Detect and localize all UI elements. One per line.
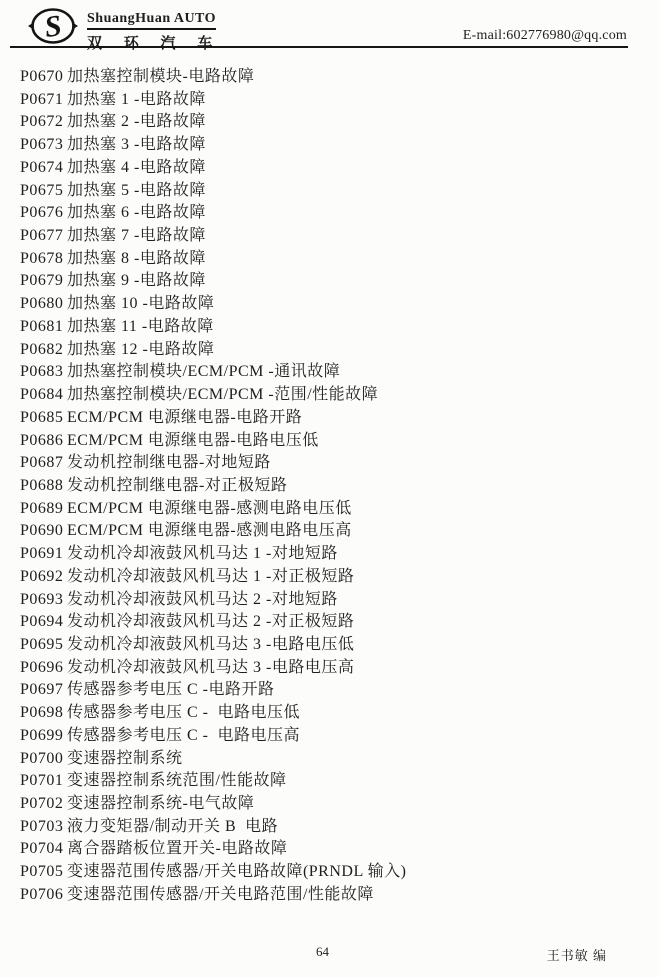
dtc-code: P0686 [20, 430, 67, 453]
dtc-code: P0672 [20, 111, 67, 134]
dtc-code: P0671 [20, 89, 67, 112]
dtc-desc: 加热塞 12 -电路故障 [67, 341, 214, 358]
dtc-code: P0675 [20, 180, 67, 203]
shuanghuan-logo-icon: S [27, 6, 79, 51]
dtc-code: P0703 [20, 816, 67, 839]
dtc-row: P0701变速器控制系统范围/性能故障 [20, 770, 650, 793]
dtc-desc: 离合器踏板位置开关-电路故障 [67, 840, 287, 857]
dtc-code: P0700 [20, 748, 67, 771]
dtc-row: P0677加热塞 7 -电路故障 [20, 225, 650, 248]
dtc-code: P0670 [20, 66, 67, 89]
dtc-row: P0688发动机控制继电器-对正极短路 [20, 475, 650, 498]
dtc-desc: 加热塞 2 -电路故障 [67, 113, 206, 130]
dtc-desc: 加热塞 10 -电路故障 [67, 295, 214, 312]
dtc-row: P0702变速器控制系统-电气故障 [20, 793, 650, 816]
dtc-desc: 传感器参考电压 C -电路开路 [67, 681, 275, 698]
dtc-code: P0705 [20, 861, 67, 884]
dtc-desc: 加热塞控制模块-电路故障 [67, 68, 254, 85]
dtc-row: P0692发动机冷却液鼓风机马达 1 -对正极短路 [20, 566, 650, 589]
dtc-row: P0674加热塞 4 -电路故障 [20, 157, 650, 180]
dtc-row: P0695发动机冷却液鼓风机马达 3 -电路电压低 [20, 634, 650, 657]
dtc-desc: 变速器范围传感器/开关电路故障(PRNDL 输入) [67, 863, 406, 880]
dtc-row: P0681加热塞 11 -电路故障 [20, 316, 650, 339]
dtc-code: P0688 [20, 475, 67, 498]
dtc-code: P0673 [20, 134, 67, 157]
dtc-desc: 发动机冷却液鼓风机马达 3 -电路电压低 [67, 636, 354, 653]
dtc-code: P0680 [20, 293, 67, 316]
dtc-row: P0673加热塞 3 -电路故障 [20, 134, 650, 157]
dtc-desc: 加热塞控制模块/ECM/PCM -范围/性能故障 [67, 386, 378, 403]
brand-name-en: ShuangHuan AUTO [87, 11, 216, 30]
dtc-row: P0689ECM/PCM 电源继电器-感测电路电压低 [20, 498, 650, 521]
dtc-desc: 加热塞 4 -电路故障 [67, 159, 206, 176]
dtc-desc: 加热塞 7 -电路故障 [67, 227, 206, 244]
dtc-code: P0685 [20, 407, 67, 430]
dtc-code: P0698 [20, 702, 67, 725]
header-divider [10, 46, 628, 48]
dtc-row: P0700变速器控制系统 [20, 748, 650, 771]
dtc-desc: 加热塞 8 -电路故障 [67, 250, 206, 267]
dtc-code: P0683 [20, 361, 67, 384]
dtc-desc: 变速器控制系统 [67, 750, 183, 767]
dtc-desc: 发动机控制继电器-对正极短路 [67, 477, 287, 494]
dtc-row: P0675加热塞 5 -电路故障 [20, 180, 650, 203]
dtc-code: P0689 [20, 498, 67, 521]
dtc-row: P0676加热塞 6 -电路故障 [20, 202, 650, 225]
brand-name-cn: 双 环 汽 车 [87, 32, 187, 53]
dtc-row: P0679加热塞 9 -电路故障 [20, 270, 650, 293]
page-number: 64 [316, 944, 329, 960]
dtc-row: P0682加热塞 12 -电路故障 [20, 339, 650, 362]
dtc-desc: ECM/PCM 电源继电器-感测电路电压低 [67, 500, 352, 517]
dtc-desc: ECM/PCM 电源继电器-电路电压低 [67, 432, 319, 449]
dtc-row: P0680加热塞 10 -电路故障 [20, 293, 650, 316]
dtc-desc: 发动机冷却液鼓风机马达 1 -对地短路 [67, 545, 338, 562]
dtc-desc: ECM/PCM 电源继电器-感测电路电压高 [67, 522, 352, 539]
dtc-desc: 加热塞 11 -电路故障 [67, 318, 214, 335]
dtc-desc: 发动机冷却液鼓风机马达 1 -对正极短路 [67, 568, 354, 585]
dtc-desc: 变速器控制系统-电气故障 [67, 795, 254, 812]
contact-email: E-mail:602776980@qq.com [463, 28, 627, 44]
dtc-desc: ECM/PCM 电源继电器-电路开路 [67, 409, 302, 426]
dtc-code: P0677 [20, 225, 67, 248]
dtc-code: P0679 [20, 270, 67, 293]
dtc-code: P0706 [20, 884, 67, 907]
dtc-row: P0703液力变矩器/制动开关 B 电路 [20, 816, 650, 839]
dtc-desc: 加热塞 6 -电路故障 [67, 204, 206, 221]
dtc-row: P0696发动机冷却液鼓风机马达 3 -电路电压高 [20, 657, 650, 680]
dtc-code: P0674 [20, 157, 67, 180]
dtc-row: P0685ECM/PCM 电源继电器-电路开路 [20, 407, 650, 430]
dtc-row: P0697传感器参考电压 C -电路开路 [20, 679, 650, 702]
dtc-desc: 变速器范围传感器/开关电路范围/性能故障 [67, 886, 374, 903]
dtc-row: P0698传感器参考电压 C - 电路电压低 [20, 702, 650, 725]
dtc-row: P0693发动机冷却液鼓风机马达 2 -对地短路 [20, 589, 650, 612]
dtc-code: P0699 [20, 725, 67, 748]
dtc-code: P0678 [20, 248, 67, 271]
dtc-code: P0697 [20, 679, 67, 702]
dtc-desc: 加热塞 3 -电路故障 [67, 136, 206, 153]
dtc-code: P0692 [20, 566, 67, 589]
dtc-code: P0695 [20, 634, 67, 657]
dtc-row: P0672加热塞 2 -电路故障 [20, 111, 650, 134]
dtc-row: P0671加热塞 1 -电路故障 [20, 89, 650, 112]
dtc-code: P0701 [20, 770, 67, 793]
dtc-code: P0696 [20, 657, 67, 680]
svg-text:S: S [43, 9, 64, 44]
dtc-code: P0687 [20, 452, 67, 475]
dtc-desc: 发动机冷却液鼓风机马达 3 -电路电压高 [67, 659, 354, 676]
dtc-code: P0691 [20, 543, 67, 566]
dtc-row: P0678加热塞 8 -电路故障 [20, 248, 650, 271]
dtc-row: P0687发动机控制继电器-对地短路 [20, 452, 650, 475]
dtc-code-list: P0670加热塞控制模块-电路故障 P0671加热塞 1 -电路故障 P0672… [20, 66, 650, 907]
dtc-row: P0699传感器参考电压 C - 电路电压高 [20, 725, 650, 748]
page-header: S ShuangHuan AUTO 双 环 汽 车 E-mail:6027769… [0, 0, 660, 47]
dtc-desc: 发动机冷却液鼓风机马达 2 -对地短路 [67, 591, 338, 608]
dtc-code: P0702 [20, 793, 67, 816]
dtc-desc: 加热塞控制模块/ECM/PCM -通讯故障 [67, 363, 340, 380]
dtc-desc: 加热塞 1 -电路故障 [67, 91, 206, 108]
dtc-row: P0706变速器范围传感器/开关电路范围/性能故障 [20, 884, 650, 907]
dtc-row: P0705变速器范围传感器/开关电路故障(PRNDL 输入) [20, 861, 650, 884]
dtc-row: P0686ECM/PCM 电源继电器-电路电压低 [20, 430, 650, 453]
dtc-desc: 加热塞 5 -电路故障 [67, 182, 206, 199]
dtc-desc: 传感器参考电压 C - 电路电压高 [67, 727, 300, 744]
dtc-row: P0684加热塞控制模块/ECM/PCM -范围/性能故障 [20, 384, 650, 407]
dtc-desc: 发动机控制继电器-对地短路 [67, 454, 271, 471]
dtc-row: P0704离合器踏板位置开关-电路故障 [20, 838, 650, 861]
dtc-row: P0683加热塞控制模块/ECM/PCM -通讯故障 [20, 361, 650, 384]
dtc-code: P0684 [20, 384, 67, 407]
dtc-code: P0704 [20, 838, 67, 861]
dtc-code: P0681 [20, 316, 67, 339]
editor-credit: 王书敏 编 [547, 945, 607, 964]
dtc-desc: 变速器控制系统范围/性能故障 [67, 772, 286, 789]
dtc-code: P0694 [20, 611, 67, 634]
dtc-desc: 发动机冷却液鼓风机马达 2 -对正极短路 [67, 613, 354, 630]
dtc-desc: 传感器参考电压 C - 电路电压低 [67, 704, 300, 721]
dtc-row: P0694发动机冷却液鼓风机马达 2 -对正极短路 [20, 611, 650, 634]
dtc-row: P0690ECM/PCM 电源继电器-感测电路电压高 [20, 520, 650, 543]
dtc-row: P0691发动机冷却液鼓风机马达 1 -对地短路 [20, 543, 650, 566]
dtc-row: P0670加热塞控制模块-电路故障 [20, 66, 650, 89]
dtc-code: P0676 [20, 202, 67, 225]
dtc-code: P0690 [20, 520, 67, 543]
dtc-desc: 液力变矩器/制动开关 B 电路 [67, 818, 278, 835]
dtc-code: P0682 [20, 339, 67, 362]
dtc-code: P0693 [20, 589, 67, 612]
dtc-desc: 加热塞 9 -电路故障 [67, 272, 206, 289]
